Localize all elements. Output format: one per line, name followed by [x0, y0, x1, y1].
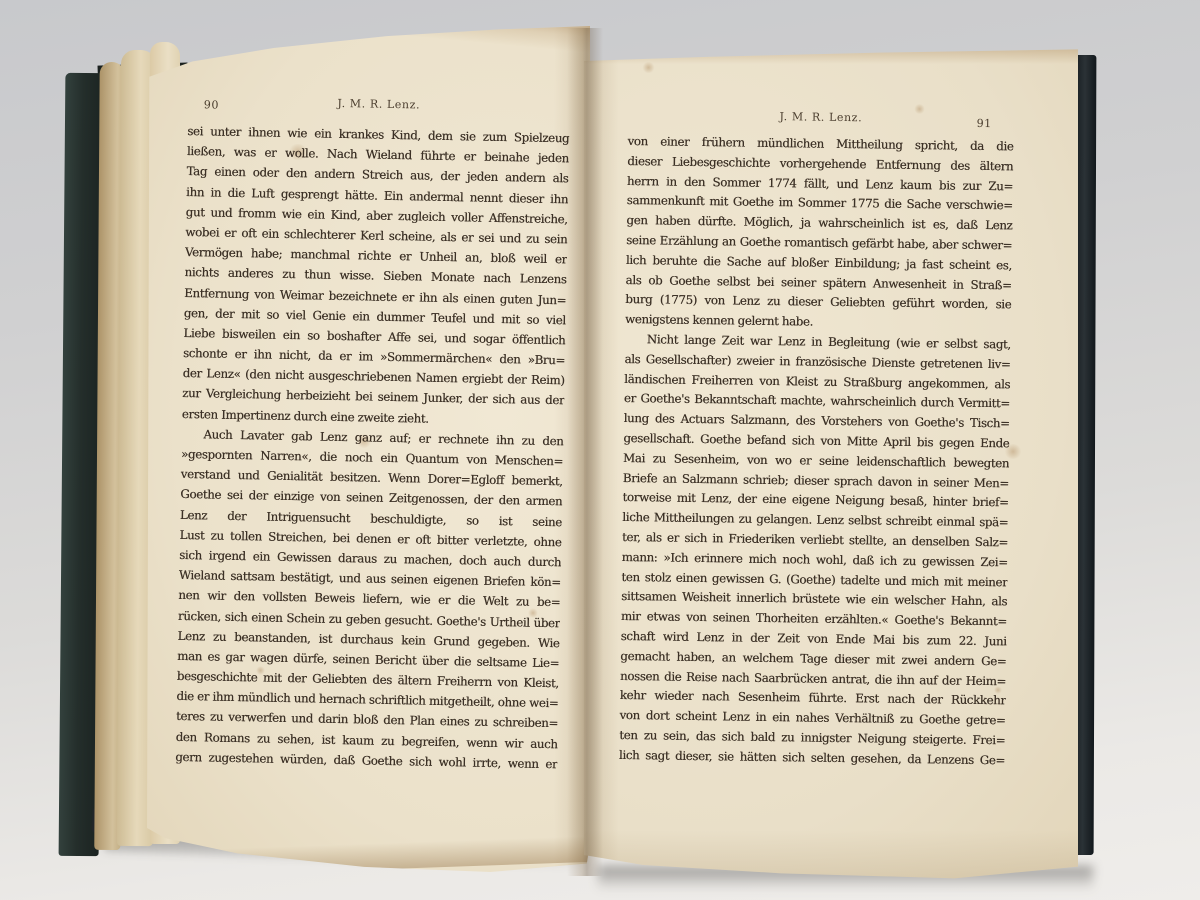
- foxing-spot: [642, 62, 655, 73]
- right-text-column: von einer frühern mündlichen Mittheilung…: [619, 132, 1014, 771]
- book-gutter-shadow: [567, 28, 603, 876]
- left-page-text: 90 J. M. R. Lenz. sei unter ihnen wie ei…: [175, 94, 570, 774]
- left-page-number: 90: [204, 98, 219, 111]
- left-running-title: J. M. R. Lenz.: [188, 94, 570, 114]
- right-page: J. M. R. Lenz. 91 von einer frühern münd…: [584, 46, 1078, 880]
- photo-scene: 90 J. M. R. Lenz. sei unter ihnen wie ei…: [0, 0, 1200, 900]
- right-running-title: J. M. R. Lenz.: [628, 108, 1014, 126]
- left-page: 90 J. M. R. Lenz. sei unter ihnen wie ei…: [138, 26, 590, 872]
- right-page-text: J. M. R. Lenz. 91 von einer frühern münd…: [619, 108, 1014, 771]
- right-page-number: 91: [977, 117, 992, 130]
- left-text-column: sei unter ihnen wie ein krankes Kind, de…: [175, 121, 569, 774]
